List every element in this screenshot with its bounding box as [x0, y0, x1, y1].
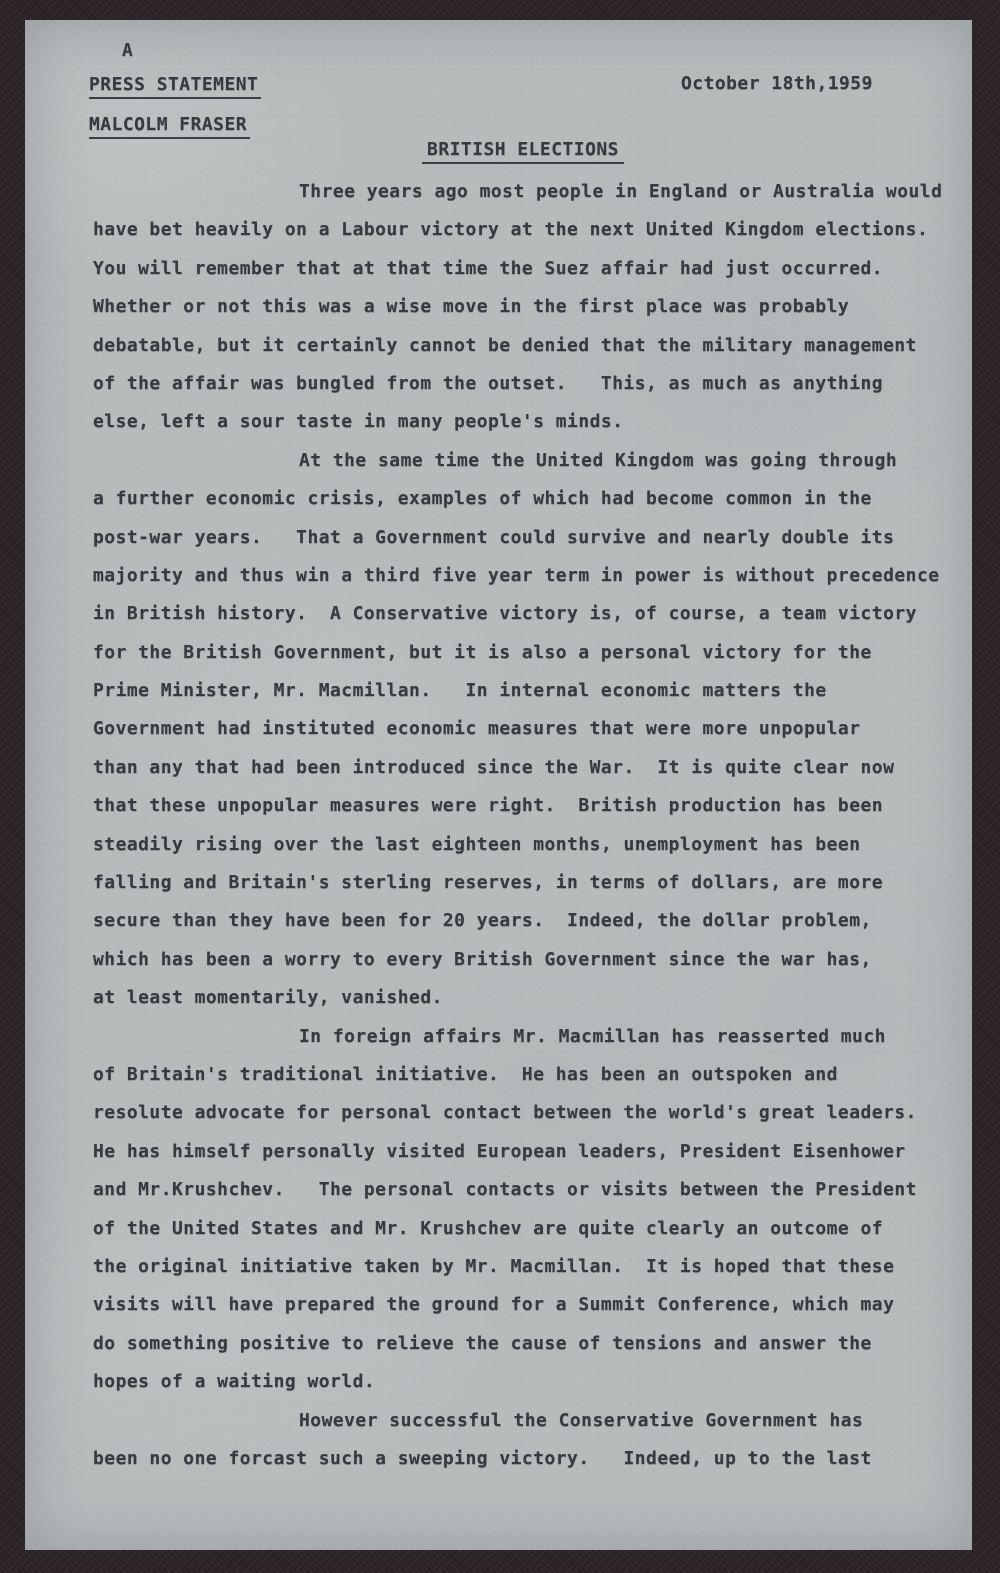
text-line: been no one forcast such a sweeping vict… — [93, 1440, 963, 1478]
text-line: of Britain's traditional initiative. He … — [93, 1056, 963, 1094]
text-line: the original initiative taken by Mr. Mac… — [93, 1248, 963, 1286]
text-line: Three years ago most people in England o… — [93, 173, 963, 211]
text-line: for the British Government, but it is al… — [93, 634, 963, 672]
text-line: debatable, but it certainly cannot be de… — [93, 327, 963, 365]
text-line: than any that had been introduced since … — [93, 749, 963, 787]
text-line: steadily rising over the last eighteen m… — [93, 826, 963, 864]
text-line: Government had instituted economic measu… — [93, 710, 963, 748]
text-line: that these unpopular measures were right… — [93, 787, 963, 825]
text-line: else, left a sour taste in many people's… — [93, 403, 963, 441]
text-line: majority and thus win a third five year … — [93, 557, 963, 595]
document-body: Three years ago most people in England o… — [93, 173, 963, 1478]
text-line: In foreign affairs Mr. Macmillan has rea… — [93, 1018, 963, 1056]
document-title-row: BRITISH ELECTIONS — [93, 139, 953, 164]
text-line: At the same time the United Kingdom was … — [93, 442, 963, 480]
document-author-text: MALCOLM FRASER — [89, 114, 250, 139]
page-corner-label: A — [122, 40, 133, 61]
document-type-text: PRESS STATEMENT — [89, 74, 261, 99]
scan-background: A PRESS STATEMENT October 18th,1959 MALC… — [0, 0, 1000, 1573]
text-line: He has himself personally visited Europe… — [93, 1133, 963, 1171]
text-line: Whether or not this was a wise move in t… — [93, 288, 963, 326]
text-line: visits will have prepared the ground for… — [93, 1286, 963, 1324]
text-line: hopes of a waiting world. — [93, 1363, 963, 1401]
document-title: BRITISH ELECTIONS — [422, 139, 624, 164]
text-line: in British history. A Conservative victo… — [93, 595, 963, 633]
text-line: falling and Britain's sterling reserves,… — [93, 864, 963, 902]
text-line: have bet heavily on a Labour victory at … — [93, 211, 963, 249]
text-line: However successful the Conservative Gove… — [93, 1402, 963, 1440]
text-line: which has been a worry to every British … — [93, 941, 963, 979]
text-line: and Mr.Krushchev. The personal contacts … — [93, 1171, 963, 1209]
document-date: October 18th,1959 — [681, 73, 873, 94]
text-line: post-war years. That a Government could … — [93, 519, 963, 557]
text-line: do something positive to relieve the cau… — [93, 1325, 963, 1363]
document-type-heading: PRESS STATEMENT — [89, 74, 261, 99]
text-line: You will remember that at that time the … — [93, 250, 963, 288]
text-line: at least momentarily, vanished. — [93, 979, 963, 1017]
text-line: of the affair was bungled from the outse… — [93, 365, 963, 403]
text-line: Prime Minister, Mr. Macmillan. In intern… — [93, 672, 963, 710]
text-line: a further economic crisis, examples of w… — [93, 480, 963, 518]
text-line: of the United States and Mr. Krushchev a… — [93, 1210, 963, 1248]
text-line: resolute advocate for personal contact b… — [93, 1094, 963, 1132]
text-line: secure than they have been for 20 years.… — [93, 902, 963, 940]
document-page: A PRESS STATEMENT October 18th,1959 MALC… — [25, 20, 972, 1550]
document-author: MALCOLM FRASER — [89, 114, 250, 139]
